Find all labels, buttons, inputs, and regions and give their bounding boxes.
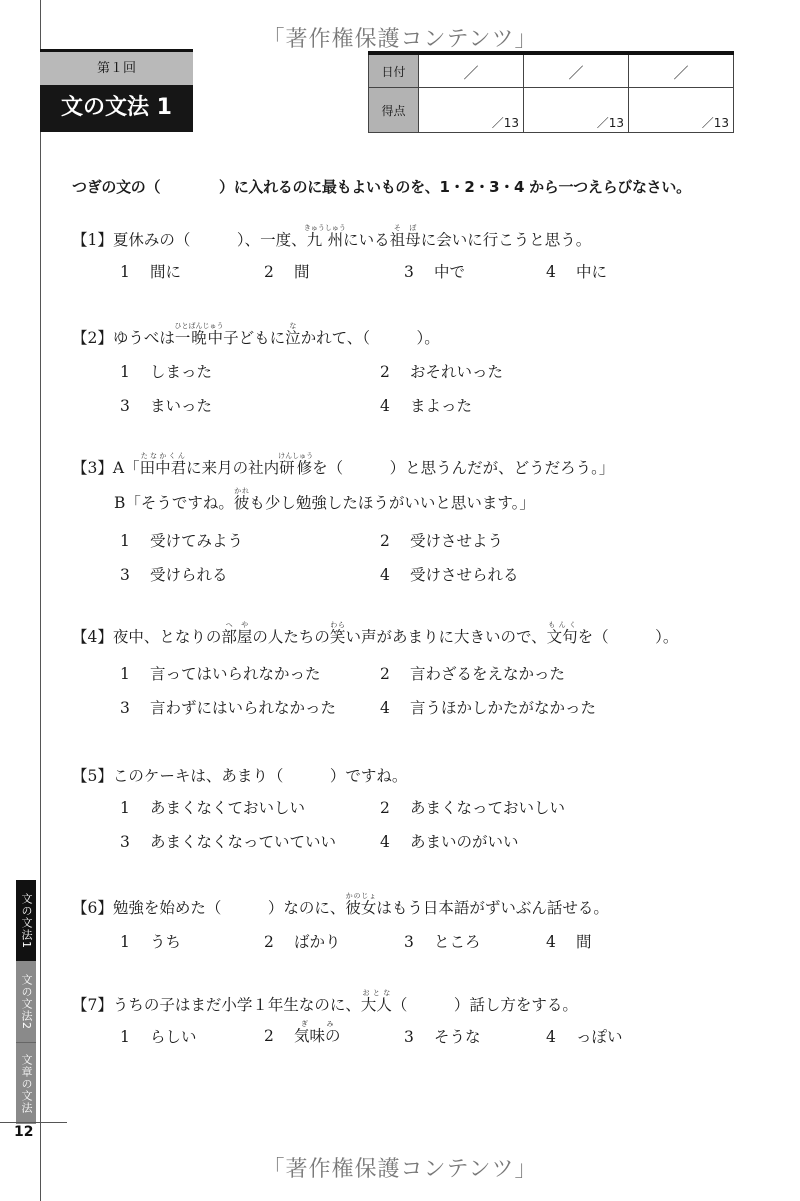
score-cell[interactable]: ／13	[629, 88, 734, 133]
question-1: 【1】夏休みの（ ）、一度、九州きゅうしゅうにいる祖母そぼに会いに行こうと思う。	[72, 224, 591, 250]
score-cell[interactable]: ／13	[419, 88, 524, 133]
date-label: 日付	[369, 53, 419, 88]
section-tabs: 文の文法1 文の文法2 文章の文法	[16, 880, 36, 1124]
option[interactable]: 3あまくなくなっていていい	[120, 830, 336, 852]
option[interactable]: 4言うほかしかたがなかった	[380, 696, 596, 718]
option[interactable]: 2受けさせよう	[380, 529, 503, 551]
page-number: 12	[14, 1124, 33, 1140]
question-4: 【4】夜中、となりの部屋へやの人たちの笑わらい声があまりに大きいので、文句もんく…	[72, 621, 678, 647]
score-cell[interactable]: ／13	[524, 88, 629, 133]
score-table: 日付 ／ ／ ／ 得点 ／13 ／13 ／13	[368, 51, 734, 133]
option[interactable]: 2おそれいった	[380, 360, 503, 382]
lesson-title-block: 第１回 文の文法 1	[40, 49, 193, 132]
option[interactable]: 1うち	[120, 930, 181, 952]
date-cell[interactable]: ／	[629, 53, 734, 88]
option[interactable]: 4まよった	[380, 394, 472, 416]
score-label: 得点	[369, 88, 419, 133]
option[interactable]: 1しまった	[120, 360, 212, 382]
option[interactable]: 1あまくなくておいしい	[120, 796, 305, 818]
option[interactable]: 4間	[546, 930, 592, 952]
instruction: つぎの文の（ ）に入れるのに最もよいものを、1・2・3・4 から一つえらびなさい…	[72, 176, 691, 197]
option[interactable]: 1受けてみよう	[120, 529, 243, 551]
option[interactable]: 3そうな	[404, 1025, 481, 1047]
tab-bun-no-bunpou-2[interactable]: 文の文法2	[16, 961, 36, 1042]
option[interactable]: 3言わずにはいられなかった	[120, 696, 336, 718]
option[interactable]: 4っぽい	[546, 1025, 623, 1047]
lesson-title: 文の文法 1	[40, 85, 193, 132]
option[interactable]: 2あまくなっておいしい	[380, 796, 565, 818]
option[interactable]: 2気味のぎみ	[264, 1020, 341, 1046]
date-cell[interactable]: ／	[524, 53, 629, 88]
date-cell[interactable]: ／	[419, 53, 524, 88]
option[interactable]: 1らしい	[120, 1025, 197, 1047]
question-7: 【7】うちの子はまだ小学１年生なのに、大人おとな（ ）話し方をする。	[72, 989, 578, 1015]
option[interactable]: 3受けられる	[120, 563, 228, 585]
question-3: 【3】A「田中君たなかくんに来月の社内研修けんしゅうを（ ）と思うんだが、どうだ…	[72, 452, 614, 478]
option[interactable]: 3中で	[404, 260, 465, 282]
watermark-bottom: 「著作権保護コンテンツ」	[0, 1152, 800, 1183]
page-number-rule	[0, 1122, 67, 1123]
option[interactable]: 4あまいのがいい	[380, 830, 519, 852]
margin-line	[40, 0, 41, 1201]
option[interactable]: 1言ってはいられなかった	[120, 662, 321, 684]
question-2: 【2】ゆうべは一晩中ひとばんじゅう子どもに泣なかれて、（ ）。	[72, 322, 440, 348]
question-5: 【5】このケーキは、あまり（ ）ですね。	[72, 764, 407, 786]
round-label: 第１回	[40, 52, 193, 85]
option[interactable]: 2ばかり	[264, 930, 341, 952]
option[interactable]: 4受けさせられる	[380, 563, 519, 585]
option[interactable]: 3まいった	[120, 394, 212, 416]
option[interactable]: 1間に	[120, 260, 181, 282]
question-3-line-2: B「そうですね。彼かれも少し勉強したほうがいいと思います。」	[114, 487, 535, 513]
tab-bun-no-bunpou-1[interactable]: 文の文法1	[16, 880, 36, 961]
option[interactable]: 2言わざるをえなかった	[380, 662, 565, 684]
option[interactable]: 4中に	[546, 260, 607, 282]
question-6: 【6】勉強を始めた（ ）なのに、彼女かのじょはもう日本語がずいぶん話せる。	[72, 892, 609, 918]
option[interactable]: 2間	[264, 260, 310, 282]
tab-bunshou-no-bunpou[interactable]: 文章の文法	[16, 1042, 36, 1124]
option[interactable]: 3ところ	[404, 930, 481, 952]
